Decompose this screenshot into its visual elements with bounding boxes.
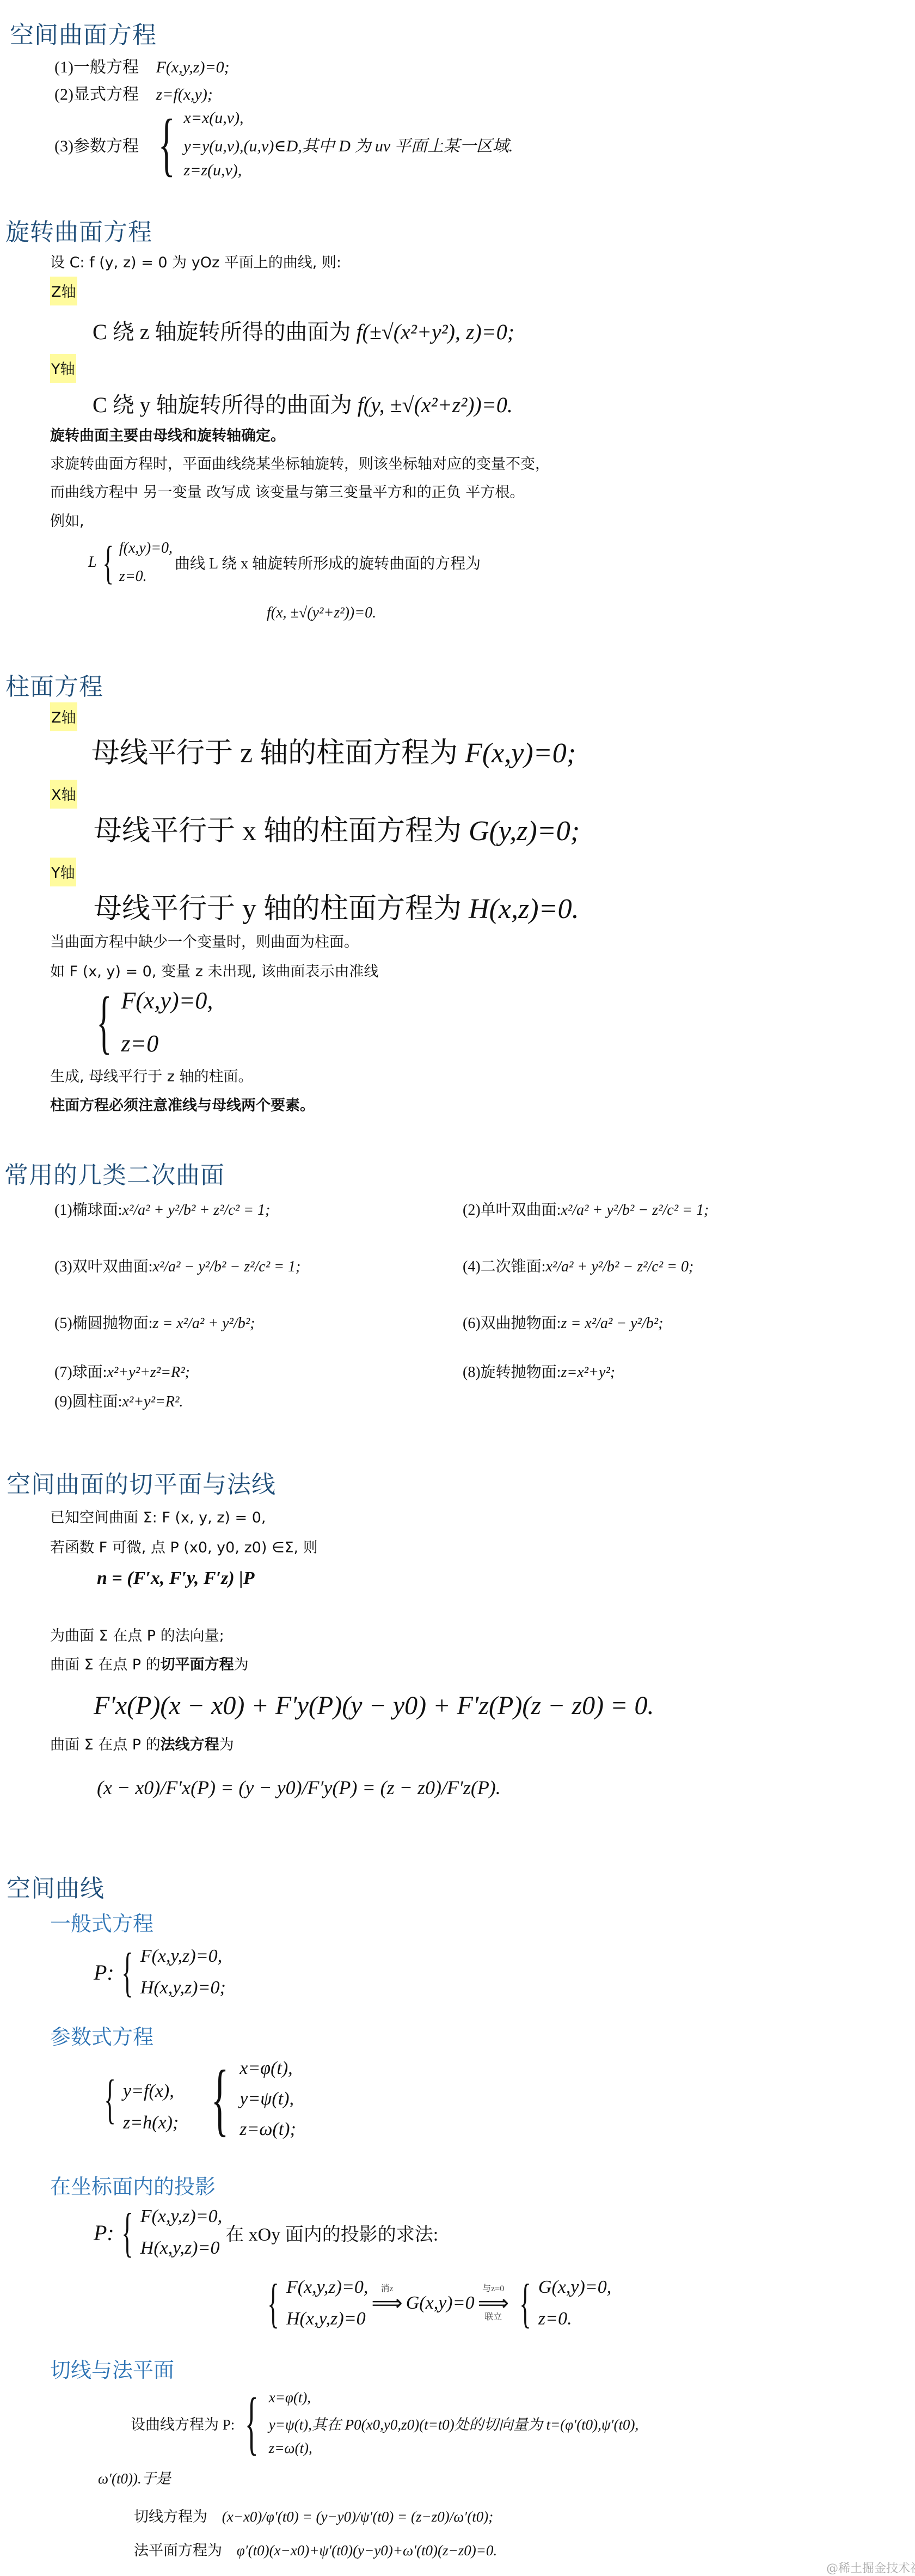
item-label: (9)圆柱面:: [54, 1393, 122, 1410]
section-title-cylinder: 柱面方程: [5, 667, 103, 702]
rotation-bold-note: 旋转曲面主要由母线和旋转轴确定。: [50, 424, 285, 445]
tangent-plane-line-3: 为曲面 Σ 在点 P 的法向量;: [50, 1624, 224, 1645]
system-line: z=h(x);: [123, 2113, 179, 2133]
normal-line-formula: (x − x0)/F′x(P) = (y − y0)/F′y(P) = (z −…: [97, 1776, 501, 1799]
projection-text: 在 xOy 面内的投影的求法:: [225, 2219, 438, 2246]
system-line: y=f(x),: [123, 2081, 179, 2102]
item-formula: z = x²/a² − y²/b²;: [561, 1315, 663, 1332]
section-title-quadrics: 常用的几类二次曲面: [4, 1155, 225, 1190]
item-formula: x²+y²=R².: [122, 1393, 183, 1410]
quadric-item-3: (3)双叶双曲面:x²/a² − y²/b² − z²/c² = 1;: [54, 1255, 300, 1276]
quadric-item-6: (6)双曲抛物面:z = x²/a² − y²/b²;: [463, 1311, 663, 1333]
subsection-title-projection: 在坐标面内的投影: [50, 2170, 216, 2200]
subsection-title-general: 一般式方程: [50, 1907, 153, 1937]
left-brace-icon: {: [102, 539, 114, 586]
item-formula: F(x,y,z)=0;: [156, 58, 229, 76]
tangent-plane-formula: F′x(P)(x − x0) + F′y(P)(y − y0) + F′z(P)…: [94, 1691, 654, 1721]
system-line: y=ψ(t),其在 P0(x0,y0,z0)(t=t0)处的切向量为 t=(φ′…: [269, 2413, 639, 2434]
system-line: z=ω(t);: [240, 2119, 296, 2140]
surface-eq-item-2: (2)显式方程 z=f(x,y);: [54, 81, 213, 105]
item-label: (8)旋转抛物面:: [463, 1364, 561, 1381]
tangent-plane-eq-label: 曲面 Σ 在点 P 的切平面方程为: [50, 1653, 249, 1674]
example-text: 曲线 L 绕 x 轴旋转所形成的旋转曲面的方程为: [175, 552, 481, 573]
normal-vector-formula: n = (F′x, F′y, F′z) |P: [97, 1568, 254, 1589]
normal-plane-equation: 法平面方程为 φ′(t0)(x−x0)+ψ′(t0)(y−y0)+ω′(t0)(…: [134, 2538, 497, 2560]
tangent-plane-line-1: 已知空间曲面 Σ: F (x, y, z) = 0,: [50, 1506, 266, 1527]
item-formula: x²/a² + y²/b² − z²/c² = 0;: [545, 1258, 693, 1275]
highlight-tag-z-axis: Z轴: [50, 277, 77, 305]
item-label: (2)显式方程: [54, 85, 139, 103]
system-line: y=ψ(t),: [240, 2089, 296, 2109]
cylinder-note-1: 当曲面方程中缺少一个变量时，则曲面为柱面。: [50, 930, 359, 951]
formula-text: 母线平行于 z 轴的柱面方程为: [91, 738, 458, 769]
eliminate-arrow: 消z ⟹: [371, 2285, 402, 2322]
quadric-item-2: (2)单叶双曲面:x²/a² + y²/b² − z²/c² = 1;: [463, 1198, 709, 1220]
formula-text: 母线平行于 y 轴的柱面方程为: [94, 894, 462, 925]
cylinder-note-3: 生成, 母线平行于 z 轴的柱面。: [50, 1064, 253, 1086]
system-line: z=ω(t),: [269, 2440, 639, 2457]
tangent-vector-continuation: ω′(t0)).于是: [98, 2467, 171, 2488]
watermark: @稀土掘金技术社区: [826, 2559, 915, 2576]
arrow-label-bottom: 联立: [484, 2313, 502, 2322]
system-line: F(x,y,z)=0,: [140, 2206, 222, 2227]
quadric-item-4: (4)二次锥面:x²/a² + y²/b² − z²/c² = 0;: [463, 1255, 693, 1276]
item-label: (3)双叶双曲面:: [54, 1258, 152, 1275]
system-line: f(x,y)=0,: [119, 540, 173, 557]
item-formula: z=x²+y²;: [561, 1364, 615, 1381]
system-line: z=0.: [538, 2309, 611, 2329]
equation-label: 切线方程为: [134, 2508, 207, 2525]
highlight-tag-y-axis: Y轴: [50, 354, 76, 383]
system-line: z=0.: [119, 568, 173, 585]
item-label: (6)双曲抛物面:: [463, 1315, 561, 1332]
left-brace-icon: {: [519, 2276, 531, 2330]
normal-line-eq-label: 曲面 Σ 在点 P 的法线方程为: [50, 1733, 234, 1754]
quadric-item-8: (8)旋转抛物面:z=x²+y²;: [463, 1360, 615, 1382]
label-suffix: 为: [234, 1656, 249, 1673]
equation-formula: φ′(t0)(x−x0)+ψ′(t0)(y−y0)+ω′(t0)(z−z0)=0…: [237, 2542, 497, 2559]
item-label: (7)球面:: [54, 1364, 107, 1381]
system-line: H(x,y,z)=0: [286, 2309, 368, 2329]
label-suffix: 为: [219, 1736, 234, 1753]
highlight-tag-y-axis: Y轴: [50, 858, 76, 886]
highlight-tag-z-axis: Z轴: [50, 702, 77, 731]
rotation-example-result: f(x, ±√(y²+z²))=0.: [267, 604, 376, 622]
surface-eq-item-1: (1)一般方程 F(x,y,z)=0;: [54, 53, 230, 77]
formula-math: f(±√(x²+y²), z)=0;: [356, 320, 514, 344]
left-brace-icon: {: [121, 1945, 133, 1999]
tangent-vector-definition: 设曲线方程为 P: { x=φ(t), y=ψ(t),其在 P0(x0,y0,z…: [131, 2388, 638, 2458]
formula-math: H(x,z)=0.: [469, 894, 579, 925]
quadric-item-1: (1)椭球面:x²/a² + y²/b² + z²/c² = 1;: [54, 1198, 270, 1220]
quadric-item-9: (9)圆柱面:x²+y²=R².: [54, 1390, 183, 1411]
item-label: (4)二次锥面:: [463, 1258, 545, 1275]
general-form-formula: P: { F(x,y,z)=0, H(x,y,z)=0;: [94, 1945, 226, 1999]
left-brace-icon: {: [211, 2058, 229, 2140]
system-line: F(x,y)=0,: [121, 987, 213, 1014]
item-formula: x²/a² + y²/b² + z²/c² = 1;: [122, 1202, 270, 1219]
left-brace-icon: {: [121, 2205, 133, 2260]
tangent-plane-line-2: 若函数 F 可微, 点 P (x0, y0, z0) ∈Σ, 则: [50, 1535, 318, 1557]
parametric-form-formula: { y=f(x), z=h(x); { x=φ(t), y=ψ(t), z=ω(…: [97, 2058, 296, 2140]
curve-name: P:: [94, 2220, 114, 2245]
system-line: F(x,y,z)=0,: [140, 1946, 226, 1967]
cylinder-bold-note: 柱面方程必须注意准线与母线两个要素。: [50, 1093, 315, 1115]
surface-eq-item-3: (3)参数方程 { x=x(u,v), y=y(u,v),(u,v)∈D,其中 …: [54, 109, 513, 180]
system-line: x=φ(t),: [240, 2058, 296, 2079]
projection-cylinder: G(x,y)=0: [406, 2293, 475, 2314]
subsection-title-tangent-line: 切线与法平面: [50, 2353, 174, 2383]
quadric-item-5: (5)椭圆抛物面:z = x²/a² + y²/b²;: [54, 1311, 255, 1333]
label-prefix: 曲面 Σ 在点 P 的: [50, 1656, 161, 1673]
system-line: H(x,y,z)=0;: [140, 1978, 226, 1998]
label-prefix: 曲面 Σ 在点 P 的: [50, 1736, 161, 1753]
curve-name: P:: [94, 1960, 114, 1985]
system-line: H(x,y,z)=0: [140, 2238, 222, 2259]
cylinder-y-formula: 母线平行于 y 轴的柱面方程为 H(x,z)=0.: [94, 885, 579, 926]
item-formula: x²+y²+z²=R²;: [107, 1364, 189, 1381]
rotation-example: L { f(x,y)=0, z=0. 曲线 L 绕 x 轴旋转所形成的旋转曲面的…: [88, 539, 481, 586]
formula-text: C 绕 y 轴旋转所得的曲面为: [93, 393, 352, 417]
cylinder-note-2: 如 F (x, y) = 0, 变量 z 未出现, 该曲面表示由准线: [50, 959, 379, 981]
system-line: x=φ(t),: [269, 2389, 639, 2406]
normal-vector: n = (F′x, F′y, F′z) |P: [97, 1568, 254, 1588]
highlight-tag-x-axis: X轴: [50, 780, 77, 809]
tangent-line-equation: 切线方程为 (x−x0)/φ′(t0) = (y−y0)/ψ′(t0) = (z…: [134, 2505, 493, 2526]
section-title-surface-equation: 空间曲面方程: [10, 15, 157, 50]
item-formula: x²/a² + y²/b² − z²/c² = 1;: [561, 1202, 709, 1219]
section-title-tangent-plane: 空间曲面的切平面与法线: [7, 1465, 276, 1500]
left-brace-icon: {: [245, 2388, 259, 2458]
equation-formula: (x−x0)/φ′(t0) = (y−y0)/ψ′(t0) = (z−z0)/ω…: [222, 2508, 493, 2525]
item-label: (2)单叶双曲面:: [463, 1202, 561, 1219]
item-label: (1)椭球面:: [54, 1202, 122, 1219]
item-label: (3)参数方程: [54, 132, 139, 156]
cylinder-directrix: { F(x,y)=0, z=0: [87, 987, 213, 1057]
left-brace-icon: {: [267, 2276, 279, 2330]
item-formula: z=f(x,y);: [156, 85, 212, 103]
formula-text: 母线平行于 x 轴的柱面方程为: [94, 816, 462, 847]
system-line: z=0: [121, 1030, 213, 1057]
cylinder-z-formula: 母线平行于 z 轴的柱面方程为 F(x,y)=0;: [91, 730, 576, 770]
section-title-space-curve: 空间曲线: [7, 1869, 105, 1904]
formula-math: G(y,z)=0;: [469, 816, 580, 847]
section-title-rotation-surface: 旋转曲面方程: [5, 212, 152, 247]
projection-system: P: { F(x,y,z)=0, H(x,y,z)=0 在 xOy 面内的投影的…: [94, 2205, 438, 2260]
left-brace-icon: {: [96, 987, 112, 1057]
label-bold: 法线方程: [161, 1736, 219, 1753]
system-line: F(x,y,z)=0,: [286, 2277, 368, 2298]
param-line: x=x(u,v),: [183, 109, 513, 127]
formula-math: F(x,y)=0;: [465, 738, 576, 769]
rotation-y-formula: C 绕 y 轴旋转所得的曲面为 f(y, ±√(x²+z²))=0.: [93, 388, 513, 419]
system-line: G(x,y)=0,: [538, 2277, 611, 2298]
item-formula: x²/a² − y²/b² − z²/c² = 1;: [152, 1258, 300, 1275]
double-arrow-icon: ⟹: [478, 2293, 509, 2313]
double-arrow-icon: ⟹: [371, 2293, 402, 2313]
equation-label: 法平面方程为: [134, 2542, 222, 2559]
cylinder-x-formula: 母线平行于 x 轴的柱面方程为 G(y,z)=0;: [94, 807, 580, 848]
quadric-item-7: (7)球面:x²+y²+z²=R²;: [54, 1360, 190, 1382]
item-label: (5)椭圆抛物面:: [54, 1315, 152, 1332]
item-label: (1)一般方程: [54, 58, 139, 76]
rotation-para-2: 而曲线方程中 另一变量 改写成 该变量与第三变量平方和的正负 平方根。: [50, 480, 524, 501]
param-line: y=y(u,v),(u,v)∈D,其中 D 为 uv 平面上某一区域.: [183, 132, 513, 156]
left-brace-icon: {: [104, 2072, 116, 2126]
rotation-example-label: 例如,: [50, 509, 84, 530]
subsection-title-parametric: 参数式方程: [50, 2020, 153, 2050]
label-bold: 切平面方程: [161, 1656, 234, 1673]
rotation-para-1: 求旋转曲面方程时，平面曲线绕某坐标轴旋转，则该坐标轴对应的变量不变，: [50, 452, 550, 473]
param-line: z=z(u,v),: [183, 161, 513, 180]
formula-math: f(y, ±√(x²+z²))=0.: [358, 393, 513, 417]
left-brace-icon: {: [158, 109, 175, 180]
item-formula: z = x²/a² + y²/b²;: [152, 1315, 255, 1332]
rotation-intro: 设 C: f (y, z) = 0 为 yOz 平面上的曲线, 则:: [50, 250, 341, 272]
combine-arrow: 与z=0 ⟹ 联立: [478, 2285, 509, 2322]
projection-derivation: { F(x,y,z)=0, H(x,y,z)=0 消z ⟹ G(x,y)=0 与…: [260, 2276, 611, 2330]
formula-text: C 绕 z 轴旋转所得的曲面为: [93, 320, 351, 344]
curve-name: L: [88, 554, 97, 571]
rotation-z-formula: C 绕 z 轴旋转所得的曲面为 f(±√(x²+y²), z)=0;: [93, 315, 514, 346]
intro-text: 设曲线方程为 P:: [131, 2413, 235, 2434]
